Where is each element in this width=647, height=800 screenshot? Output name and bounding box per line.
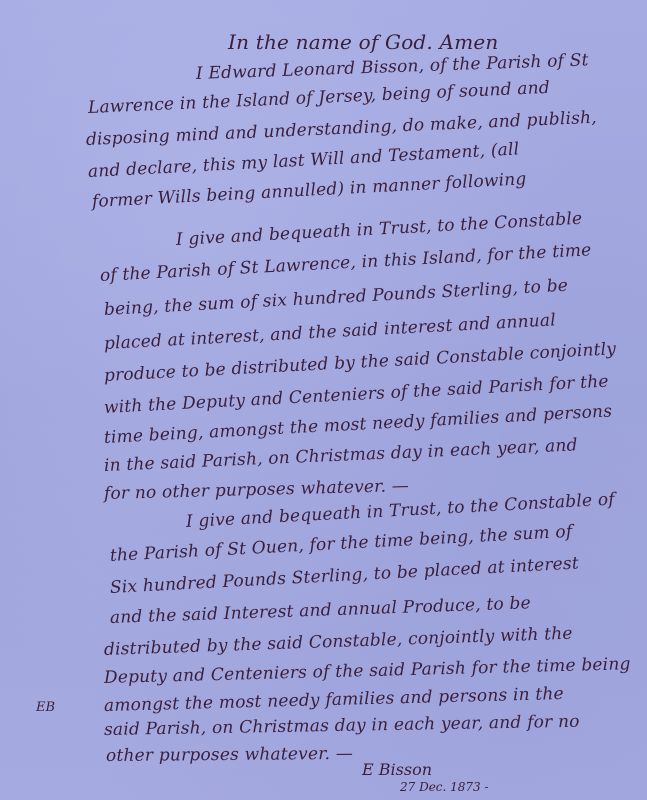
signature-date: 27 Dec. 1873 -: [400, 780, 489, 794]
text-line-14: for no other purposes whatever. —: [104, 476, 410, 504]
margin-note: EB: [36, 700, 55, 715]
text-line-19: distributed by the said Constable, conjo…: [104, 624, 573, 660]
manuscript-page: In the name of God. Amen I Edward Leonar…: [0, 0, 647, 800]
text-line-21: amongst the most needy families and pers…: [104, 684, 564, 716]
document-title: In the name of God. Amen: [228, 30, 498, 54]
text-line-20: Deputy and Centeniers of the said Parish…: [104, 654, 631, 688]
text-line-22: said Parish, on Christmas day in each ye…: [104, 712, 580, 740]
text-line-23: other purposes whatever. —: [106, 744, 353, 766]
signature: E Bisson: [362, 760, 432, 779]
text-line-18: and the said Interest and annual Produce…: [110, 593, 532, 628]
